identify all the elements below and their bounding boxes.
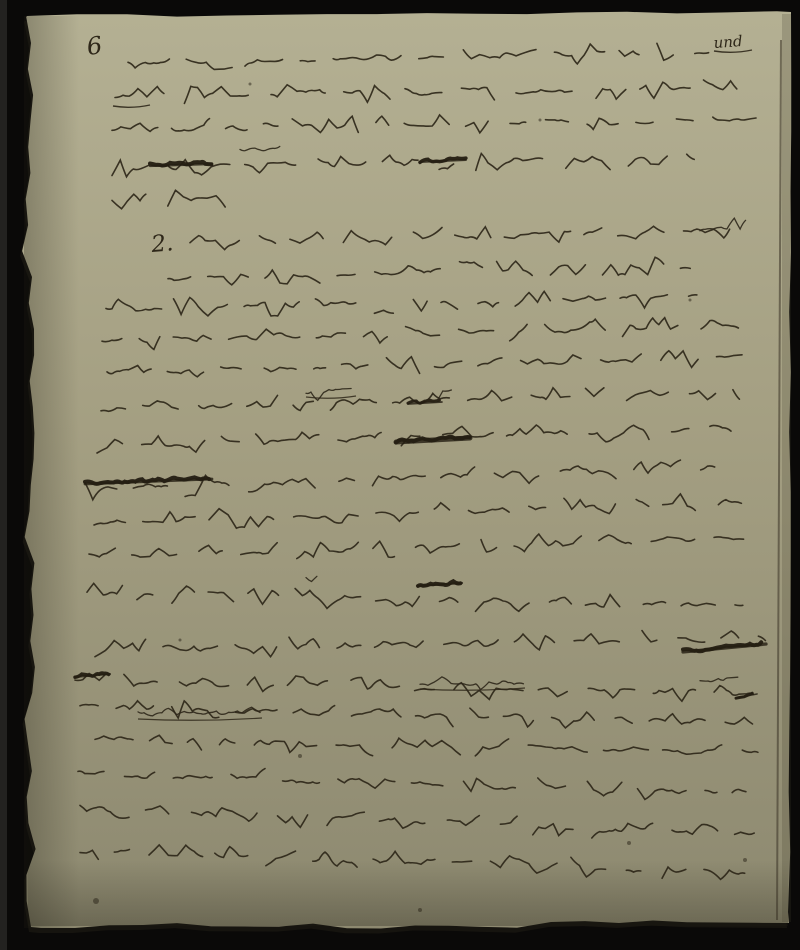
paper-left-vignette [24,16,79,928]
page-right-margin-shade [782,14,791,922]
paragraph-marker: 2. [149,230,174,258]
manuscript-scan: 6 und 2. [0,0,800,950]
paper-bottom-vignette [28,860,788,926]
paper-sheet [22,11,791,928]
manuscript-page: 6 und 2. [0,0,800,950]
catchword-und: und [713,32,743,52]
